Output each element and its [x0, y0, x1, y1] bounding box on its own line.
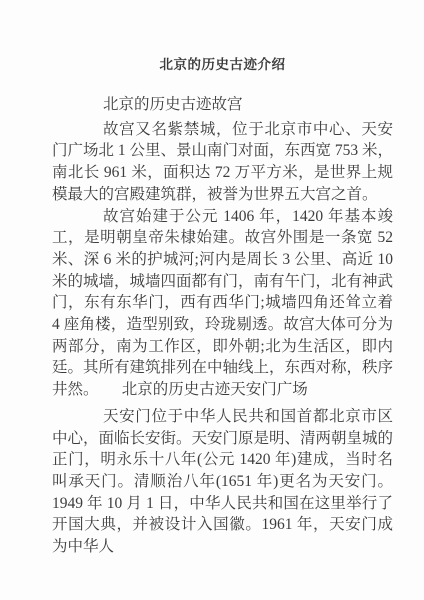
document-body: 北京的历史古迹故宫 故宫又名紫禁城，位于北京市中心、天安门广场北 1 公里、景山…: [52, 94, 393, 558]
paragraph-gugong-overview: 故宫又名紫禁城，位于北京市中心、天安门广场北 1 公里、景山南门对面，东西宽 7…: [52, 119, 393, 206]
document-page: 北京的历史古迹介绍 北京的历史古迹故宫 故宫又名紫禁城，位于北京市中心、天安门广…: [0, 0, 424, 600]
paragraph-gugong-history: 故宫始建于公元 1406 年，1420 年基本竣工，是明朝皇帝朱棣始建。故宫外围…: [52, 206, 393, 401]
paragraph-tiananmen: 天安门位于中华人民共和国首都北京市区中心，面临长安街。天安门原是明、清两朝皇城的…: [52, 406, 393, 558]
section-heading-gugong: 北京的历史古迹故宫: [52, 94, 393, 116]
document-title: 北京的历史古迹介绍: [0, 0, 424, 72]
